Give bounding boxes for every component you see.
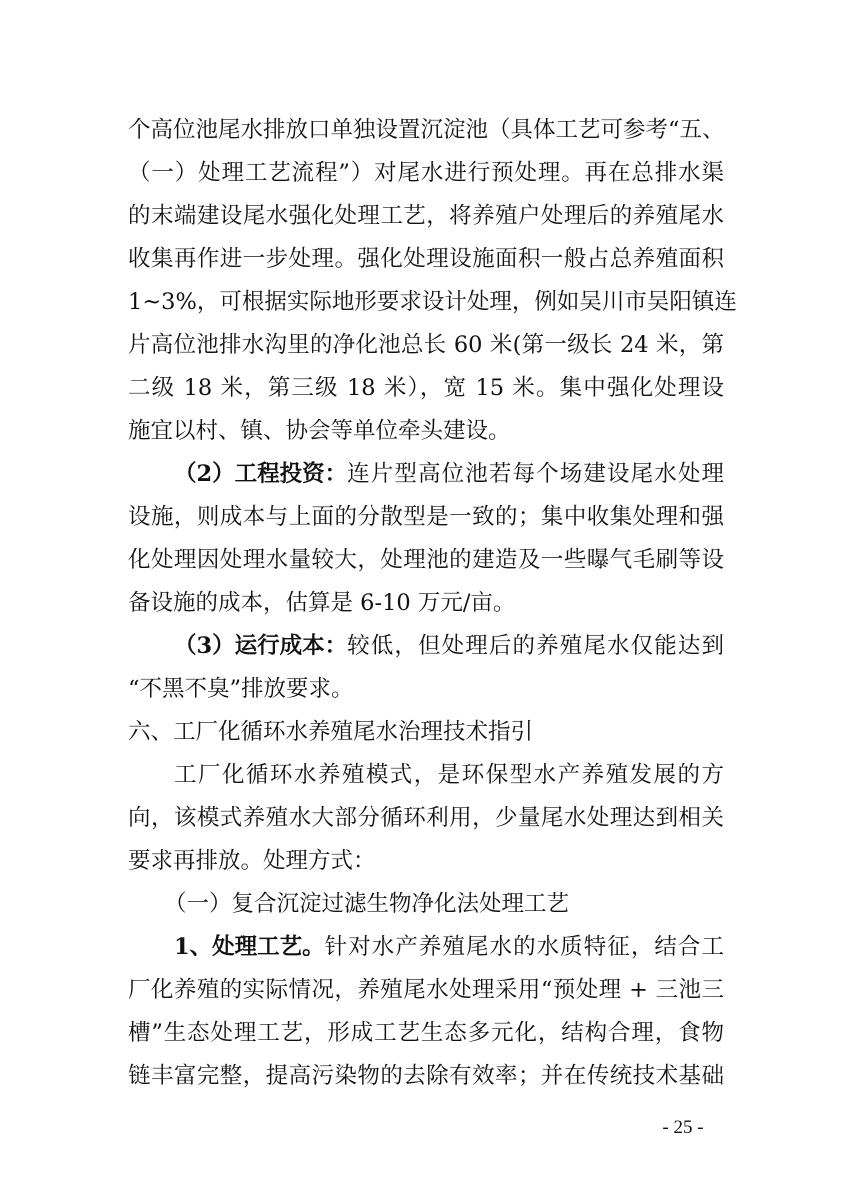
paragraph-line: 备设施的成本，估算是 6-10 万元/亩。	[128, 586, 724, 620]
subsection-heading: （一）复合沉淀过滤生物净化法处理工艺	[164, 887, 714, 921]
paragraph-line: 的末端建设尾水强化处理工艺，将养殖户处理后的养殖尾水	[128, 199, 724, 233]
investment-text: 连片型高位池若每个场建设尾水处理	[347, 457, 724, 491]
paragraph-line: 链丰富完整，提高污染物的去除有效率；并在传统技术基础	[128, 1059, 724, 1093]
paragraph-line: 槽”生态处理工艺，形成工艺生态多元化，结构合理，食物	[128, 1016, 724, 1050]
paragraph-line: 片高位池排水沟里的净化池总长 60 米(第一级长 24 米，第	[128, 328, 724, 362]
process-text: 针对水产养殖尾水的水质特征，结合工	[325, 930, 724, 964]
paragraph-line: 收集再作进一步处理。强化处理设施面积一般占总养殖面积	[128, 242, 724, 276]
operating-cost-label: （3）运行成本：	[174, 629, 347, 663]
process-label: 1、处理工艺。	[174, 930, 325, 964]
operating-cost-first-line: （3）运行成本： 较低，但处理后的养殖尾水仅能达到	[174, 629, 724, 663]
paragraph-line: 要求再排放。处理方式：	[128, 844, 724, 878]
paragraph-line: 向，该模式养殖水大部分循环利用，少量尾水处理达到相关	[128, 801, 724, 835]
paragraph-line: 厂化养殖的实际情况，养殖尾水处理采用“预处理 + 三池三	[128, 973, 724, 1007]
paragraph-line: 二级 18 米，第三级 18 米），宽 15 米。集中强化处理设	[128, 371, 724, 405]
paragraph-line: 1~3%，可根据实际地形要求设计处理，例如吴川市吴阳镇连	[128, 285, 724, 319]
page-number: - 25 -	[638, 1115, 728, 1141]
investment-label: （2）工程投资：	[174, 457, 347, 491]
paragraph-line: 施宜以村、镇、协会等单位牵头建设。	[128, 414, 724, 448]
paragraph-line: 个高位池尾水排放口单独设置沉淀池（具体工艺可参考“五、	[128, 113, 724, 147]
investment-paragraph-first-line: （2）工程投资： 连片型高位池若每个场建设尾水处理	[174, 457, 724, 491]
operating-cost-text: 较低，但处理后的养殖尾水仅能达到	[347, 629, 724, 663]
paragraph-line: （一）处理工艺流程”）对尾水进行预处理。再在总排水渠	[128, 156, 724, 190]
paragraph-line: 设施，则成本与上面的分散型是一致的；集中收集处理和强	[128, 500, 724, 534]
paragraph-line: 化处理因处理水量较大，处理池的建造及一些曝气毛刷等设	[128, 543, 724, 577]
process-first-line: 1、处理工艺。 针对水产养殖尾水的水质特征，结合工	[174, 930, 724, 964]
paragraph-line: 工厂化循环水养殖模式，是环保型水产养殖发展的方	[174, 758, 724, 792]
paragraph-line: “不黑不臭”排放要求。	[128, 672, 724, 706]
document-page: 个高位池尾水排放口单独设置沉淀池（具体工艺可参考“五、 （一）处理工艺流程”）对…	[0, 0, 850, 1201]
section-heading: 六、工厂化循环水养殖尾水治理技术指引	[128, 715, 724, 749]
